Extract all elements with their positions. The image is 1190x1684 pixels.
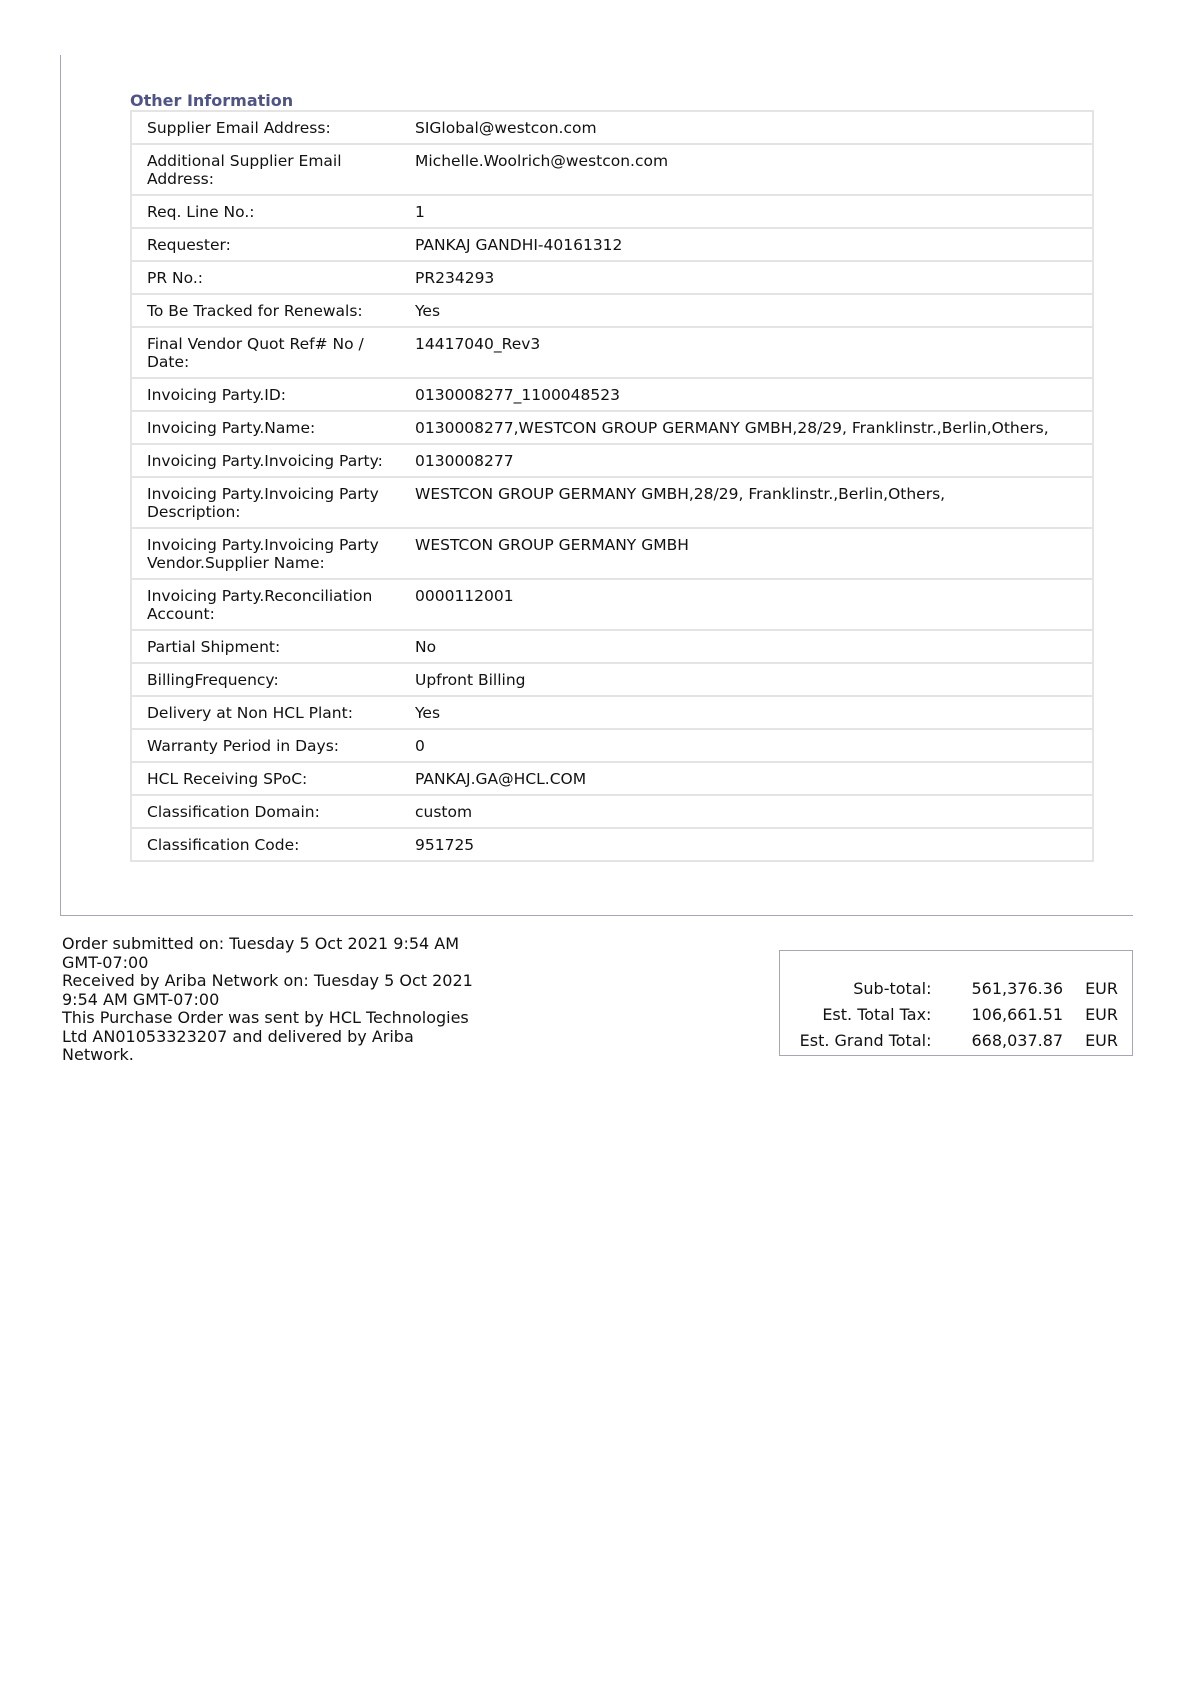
order-submitted-text: Order submitted on: Tuesday 5 Oct 2021 9… xyxy=(62,935,482,972)
info-row: Invoicing Party.Invoicing Party Vendor.S… xyxy=(131,528,1093,579)
info-row-label: To Be Tracked for Renewals: xyxy=(131,294,400,327)
info-row-value: 14417040_Rev3 xyxy=(400,327,1093,378)
totals-box: Sub-total:561,376.36EUREst. Total Tax:10… xyxy=(779,950,1133,1056)
info-row-label: Partial Shipment: xyxy=(131,630,400,663)
info-row: Supplier Email Address:SIGlobal@westcon.… xyxy=(131,111,1093,144)
totals-table: Sub-total:561,376.36EUREst. Total Tax:10… xyxy=(800,976,1118,1054)
info-row-value: Michelle.Woolrich@westcon.com xyxy=(400,144,1093,195)
totals-row: Sub-total:561,376.36EUR xyxy=(800,976,1118,1002)
other-information-table: Supplier Email Address:SIGlobal@westcon.… xyxy=(130,110,1094,862)
info-row: Invoicing Party.Name:0130008277,WESTCON … xyxy=(131,411,1093,444)
info-row: Invoicing Party.Invoicing Party Descript… xyxy=(131,477,1093,528)
info-row-label: Delivery at Non HCL Plant: xyxy=(131,696,400,729)
info-row-value: 0130008277,WESTCON GROUP GERMANY GMBH,28… xyxy=(400,411,1093,444)
totals-currency: EUR xyxy=(1085,1028,1118,1054)
totals-currency: EUR xyxy=(1085,1002,1118,1028)
info-row-label: PR No.: xyxy=(131,261,400,294)
totals-amount: 561,376.36 xyxy=(971,976,1085,1002)
info-row-value: PR234293 xyxy=(400,261,1093,294)
info-row: BillingFrequency:Upfront Billing xyxy=(131,663,1093,696)
totals-label: Sub-total: xyxy=(800,976,972,1002)
info-row-label: Invoicing Party.Name: xyxy=(131,411,400,444)
info-row: Requester:PANKAJ GANDHI-40161312 xyxy=(131,228,1093,261)
info-row-label: HCL Receiving SPoC: xyxy=(131,762,400,795)
info-row-value: Yes xyxy=(400,294,1093,327)
totals-label: Est. Grand Total: xyxy=(800,1028,972,1054)
info-row-value: WESTCON GROUP GERMANY GMBH,28/29, Frankl… xyxy=(400,477,1093,528)
order-footer-note: Order submitted on: Tuesday 5 Oct 2021 9… xyxy=(62,935,482,1065)
info-row: Req. Line No.:1 xyxy=(131,195,1093,228)
info-row-value: SIGlobal@westcon.com xyxy=(400,111,1093,144)
info-row-label: Invoicing Party.Invoicing Party Descript… xyxy=(131,477,400,528)
info-row: To Be Tracked for Renewals:Yes xyxy=(131,294,1093,327)
totals-amount: 668,037.87 xyxy=(971,1028,1085,1054)
info-row: Warranty Period in Days:0 xyxy=(131,729,1093,762)
info-row-label: Req. Line No.: xyxy=(131,195,400,228)
info-row-label: Final Vendor Quot Ref# No / Date: xyxy=(131,327,400,378)
info-row-label: Additional Supplier Email Address: xyxy=(131,144,400,195)
info-row-value: 0130008277 xyxy=(400,444,1093,477)
info-row: Classification Domain:custom xyxy=(131,795,1093,828)
info-row: Final Vendor Quot Ref# No / Date:1441704… xyxy=(131,327,1093,378)
totals-row: Est. Grand Total:668,037.87EUR xyxy=(800,1028,1118,1054)
info-row-value: 951725 xyxy=(400,828,1093,861)
totals-row: Est. Total Tax:106,661.51EUR xyxy=(800,1002,1118,1028)
info-row-value: WESTCON GROUP GERMANY GMBH xyxy=(400,528,1093,579)
totals-label: Est. Total Tax: xyxy=(800,1002,972,1028)
info-row: Additional Supplier Email Address:Michel… xyxy=(131,144,1093,195)
order-received-text: Received by Ariba Network on: Tuesday 5 … xyxy=(62,972,482,1009)
info-row-label: Invoicing Party.Reconciliation Account: xyxy=(131,579,400,630)
info-row-value: Yes xyxy=(400,696,1093,729)
info-row: Invoicing Party.ID:0130008277_1100048523 xyxy=(131,378,1093,411)
info-row-label: BillingFrequency: xyxy=(131,663,400,696)
info-row-value: Upfront Billing xyxy=(400,663,1093,696)
info-row: HCL Receiving SPoC:PANKAJ.GA@HCL.COM xyxy=(131,762,1093,795)
info-row-label: Classification Domain: xyxy=(131,795,400,828)
info-row-value: 0130008277_1100048523 xyxy=(400,378,1093,411)
info-row-value: custom xyxy=(400,795,1093,828)
info-row-label: Invoicing Party.Invoicing Party Vendor.S… xyxy=(131,528,400,579)
totals-currency: EUR xyxy=(1085,976,1118,1002)
info-row-value: 1 xyxy=(400,195,1093,228)
info-row-label: Classification Code: xyxy=(131,828,400,861)
info-row-label: Invoicing Party.Invoicing Party: xyxy=(131,444,400,477)
info-row-value: PANKAJ GANDHI-40161312 xyxy=(400,228,1093,261)
info-row-value: 0 xyxy=(400,729,1093,762)
info-row: Classification Code:951725 xyxy=(131,828,1093,861)
info-row: Invoicing Party.Reconciliation Account:0… xyxy=(131,579,1093,630)
order-sent-by-text: This Purchase Order was sent by HCL Tech… xyxy=(62,1009,482,1065)
info-row-label: Requester: xyxy=(131,228,400,261)
info-row-value: No xyxy=(400,630,1093,663)
info-row-label: Invoicing Party.ID: xyxy=(131,378,400,411)
info-row: Partial Shipment:No xyxy=(131,630,1093,663)
info-row: Invoicing Party.Invoicing Party:01300082… xyxy=(131,444,1093,477)
totals-amount: 106,661.51 xyxy=(971,1002,1085,1028)
info-row: PR No.:PR234293 xyxy=(131,261,1093,294)
info-row-label: Supplier Email Address: xyxy=(131,111,400,144)
section-title: Other Information xyxy=(130,91,293,110)
info-row-label: Warranty Period in Days: xyxy=(131,729,400,762)
info-row-value: PANKAJ.GA@HCL.COM xyxy=(400,762,1093,795)
info-row: Delivery at Non HCL Plant:Yes xyxy=(131,696,1093,729)
info-row-value: 0000112001 xyxy=(400,579,1093,630)
